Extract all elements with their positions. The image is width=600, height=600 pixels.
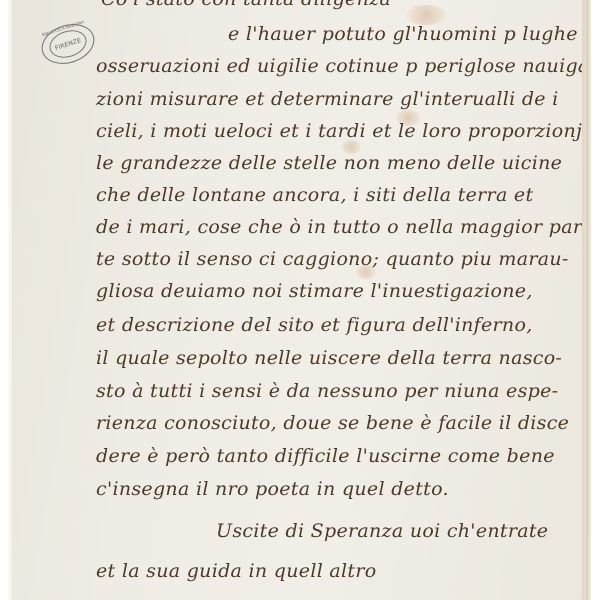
library-stamp: BIBLIOTECA NAZIONALE CENTRALE FIRENZE [36,18,99,71]
text-line: sto à tutti i sensi è da nessuno per niu… [96,380,558,402]
text-line: zioni misurare et determinare gl'interua… [96,88,559,110]
page-margin [591,0,600,600]
text-line: Co'l stato con tanta diligenza [101,0,391,10]
text-line: de i mari, cose che ò in tutto o nella m… [96,216,589,238]
text-line: e l'hauer potuto gl'huomini p lughe [228,23,578,45]
page-fold-edge [582,0,590,600]
text-line: il quale sepolto nelle uiscere della ter… [96,347,562,369]
text-line: et descrizione del sito et figura dell'i… [96,314,533,336]
text-line: c'insegna il nro poeta in quel detto. [96,478,449,500]
foxing-spot [406,5,446,25]
manuscript-page: BIBLIOTECA NAZIONALE CENTRALE FIRENZE Co… [6,0,591,600]
text-line: Uscite di Speranza uoi ch'entrate [216,520,548,542]
page-left-edge [6,0,12,600]
text-line: osseruazioni ed uigilie cotinue p perigl… [96,55,590,77]
stamp-inner-text: FIRENZE [54,37,82,52]
text-line: cieli, i moti ueloci et i tardi et le lo… [96,120,582,142]
text-line: dere è però tanto difficile l'uscirne co… [96,445,555,467]
text-line: te sotto il senso ci caggiono; quanto pi… [96,248,569,270]
text-line: che delle lontane ancora, i siti della t… [96,184,533,206]
text-line: gliosa deuiamo noi stimare l'inuestigazi… [96,280,533,302]
text-line: le grandezze delle stelle non meno delle… [96,152,562,174]
text-line: et la sua guida in quell altro [96,560,376,582]
text-line: rienza conosciuto, doue se bene è facile… [96,412,569,434]
stamp-outer-text: BIBLIOTECA NAZIONALE CENTRALE [41,19,84,37]
